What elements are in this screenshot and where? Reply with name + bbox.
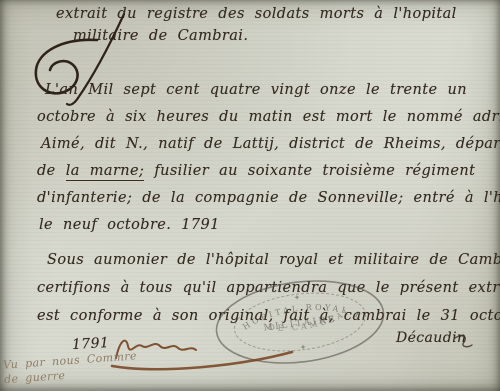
signature-decaudin: Décaudin [396, 330, 466, 346]
manuscript-photo: extrait du registre des soldats morts à … [0, 0, 500, 391]
